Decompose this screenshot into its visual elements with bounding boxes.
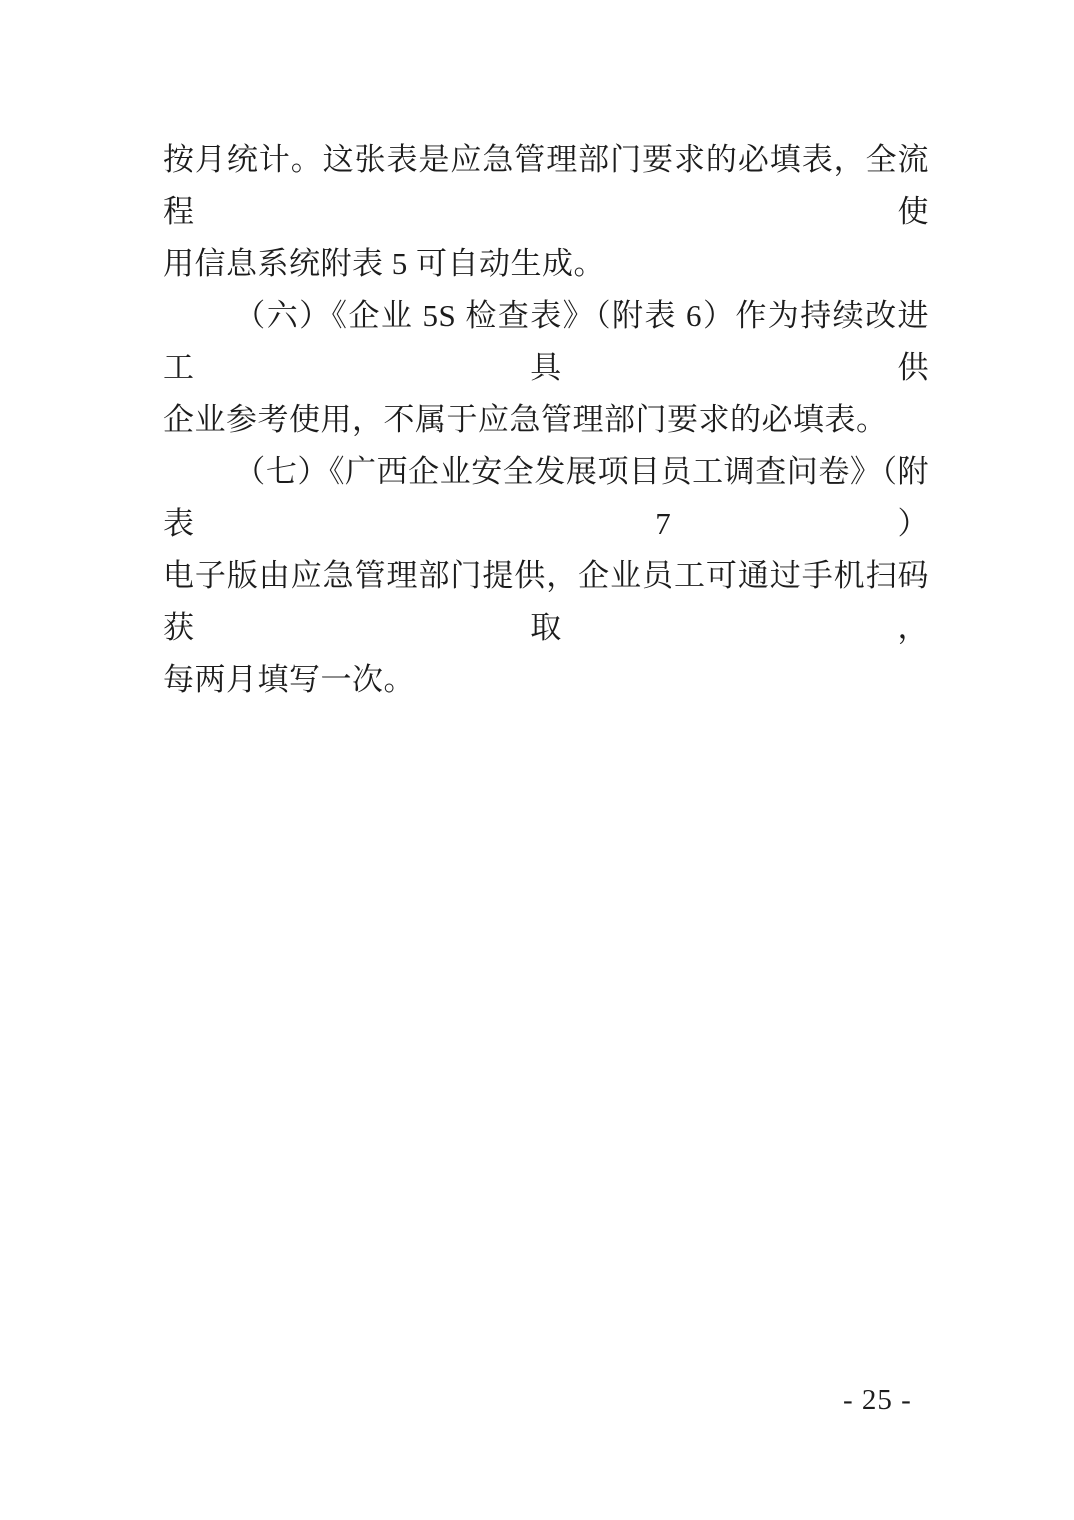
text-line: 每两月填写一次。 (163, 654, 929, 706)
text-line: （七）《广西企业安全发展项目员工调查问卷》（附表 7） (163, 446, 929, 550)
text-line: 按月统计。这张表是应急管理部门要求的必填表，全流程使 (163, 134, 929, 238)
text-line: 电子版由应急管理部门提供，企业员工可通过手机扫码获取， (163, 550, 929, 654)
document-page: 按月统计。这张表是应急管理部门要求的必填表，全流程使 用信息系统附表 5 可自动… (0, 0, 1074, 1520)
body-text: 按月统计。这张表是应急管理部门要求的必填表，全流程使 用信息系统附表 5 可自动… (163, 134, 929, 706)
text-line: （六）《企业 5S 检查表》（附表 6）作为持续改进工具供 (163, 290, 929, 394)
text-line: 用信息系统附表 5 可自动生成。 (163, 238, 929, 290)
page-number: - 25 - (843, 1384, 912, 1417)
text-line: 企业参考使用，不属于应急管理部门要求的必填表。 (163, 394, 929, 446)
